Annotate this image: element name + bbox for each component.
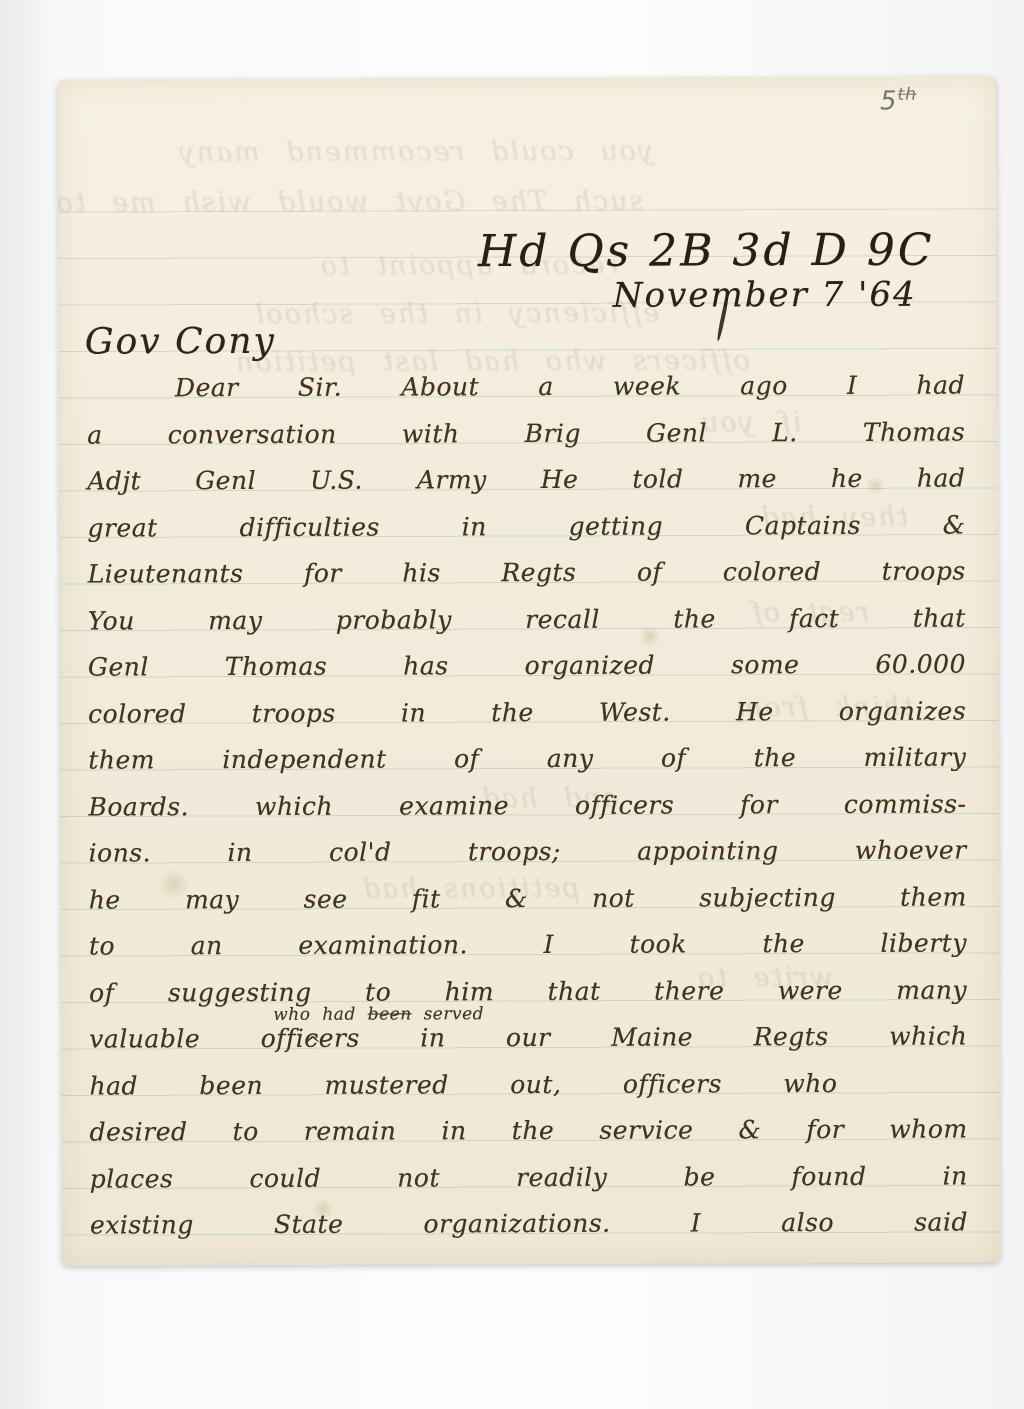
body-line: Dear Sir. About a week ago I had	[87, 370, 965, 420]
body-line: Lieutenants for his Regts of colored tro…	[88, 556, 966, 606]
show-through-line: efficiency in the school	[254, 298, 660, 330]
body-line: Genl Thomas has organized some 60.000	[88, 649, 966, 699]
body-line: You may probably recall the fact that	[88, 603, 966, 653]
body-line: Adjt Genl U.S. Army He told me he had	[87, 463, 965, 513]
military-heading: Hd Qs 2B 3d D 9C	[478, 225, 935, 278]
body-line: great difficulties in getting Captains &	[87, 510, 965, 560]
body-line: desired to remain in the service & for w…	[90, 1114, 968, 1164]
insertion-caret: ^	[304, 1032, 321, 1056]
letter-body: Dear Sir. About a week ago I had a conve…	[87, 370, 968, 1257]
body-line: places could not readily be found in	[90, 1161, 968, 1211]
body-line: valuable officers in our Maine Regts whi…	[89, 1021, 967, 1071]
body-line: of suggesting to him that there were man…	[89, 975, 967, 1025]
body-line: colored troops in the West. He organizes	[88, 696, 966, 746]
date-line: November 7 '64	[613, 275, 917, 316]
body-line: Boards. which examine officers for commi…	[88, 789, 966, 839]
page-number: 5	[880, 86, 898, 116]
page-number-annotation: 5th	[880, 85, 917, 117]
letter-paper: you could recommend many such The Govt w…	[58, 76, 1000, 1265]
scan-background: { "scan": { "page_annotation": { "number…	[0, 0, 1024, 1409]
insertion-suffix: served	[412, 1004, 484, 1024]
interline-insertion: who had been served	[273, 1004, 484, 1025]
body-line: ions. in col'd troops; appointing whoeve…	[89, 835, 967, 885]
body-line: them independent of any of the military	[88, 742, 966, 792]
body-line: a conversation with Brig Genl L. Thomas	[87, 417, 965, 467]
insertion-prefix: who had	[273, 1005, 368, 1025]
page-number-ordinal: th	[898, 85, 918, 105]
show-through-line: you could recommend many	[113, 136, 653, 169]
body-line: he may see fit & not subjecting them	[89, 882, 967, 932]
show-through-line: such The Govt would wish me to write	[83, 186, 643, 219]
body-line: to an examination. I took the liberty	[89, 928, 967, 978]
body-line: existing State organizations. I also sai…	[90, 1207, 968, 1257]
insertion-struck-word: been	[368, 1004, 412, 1024]
salutation: Gov Cony	[85, 321, 276, 363]
body-line: had been mustered out, officers who	[89, 1068, 837, 1117]
